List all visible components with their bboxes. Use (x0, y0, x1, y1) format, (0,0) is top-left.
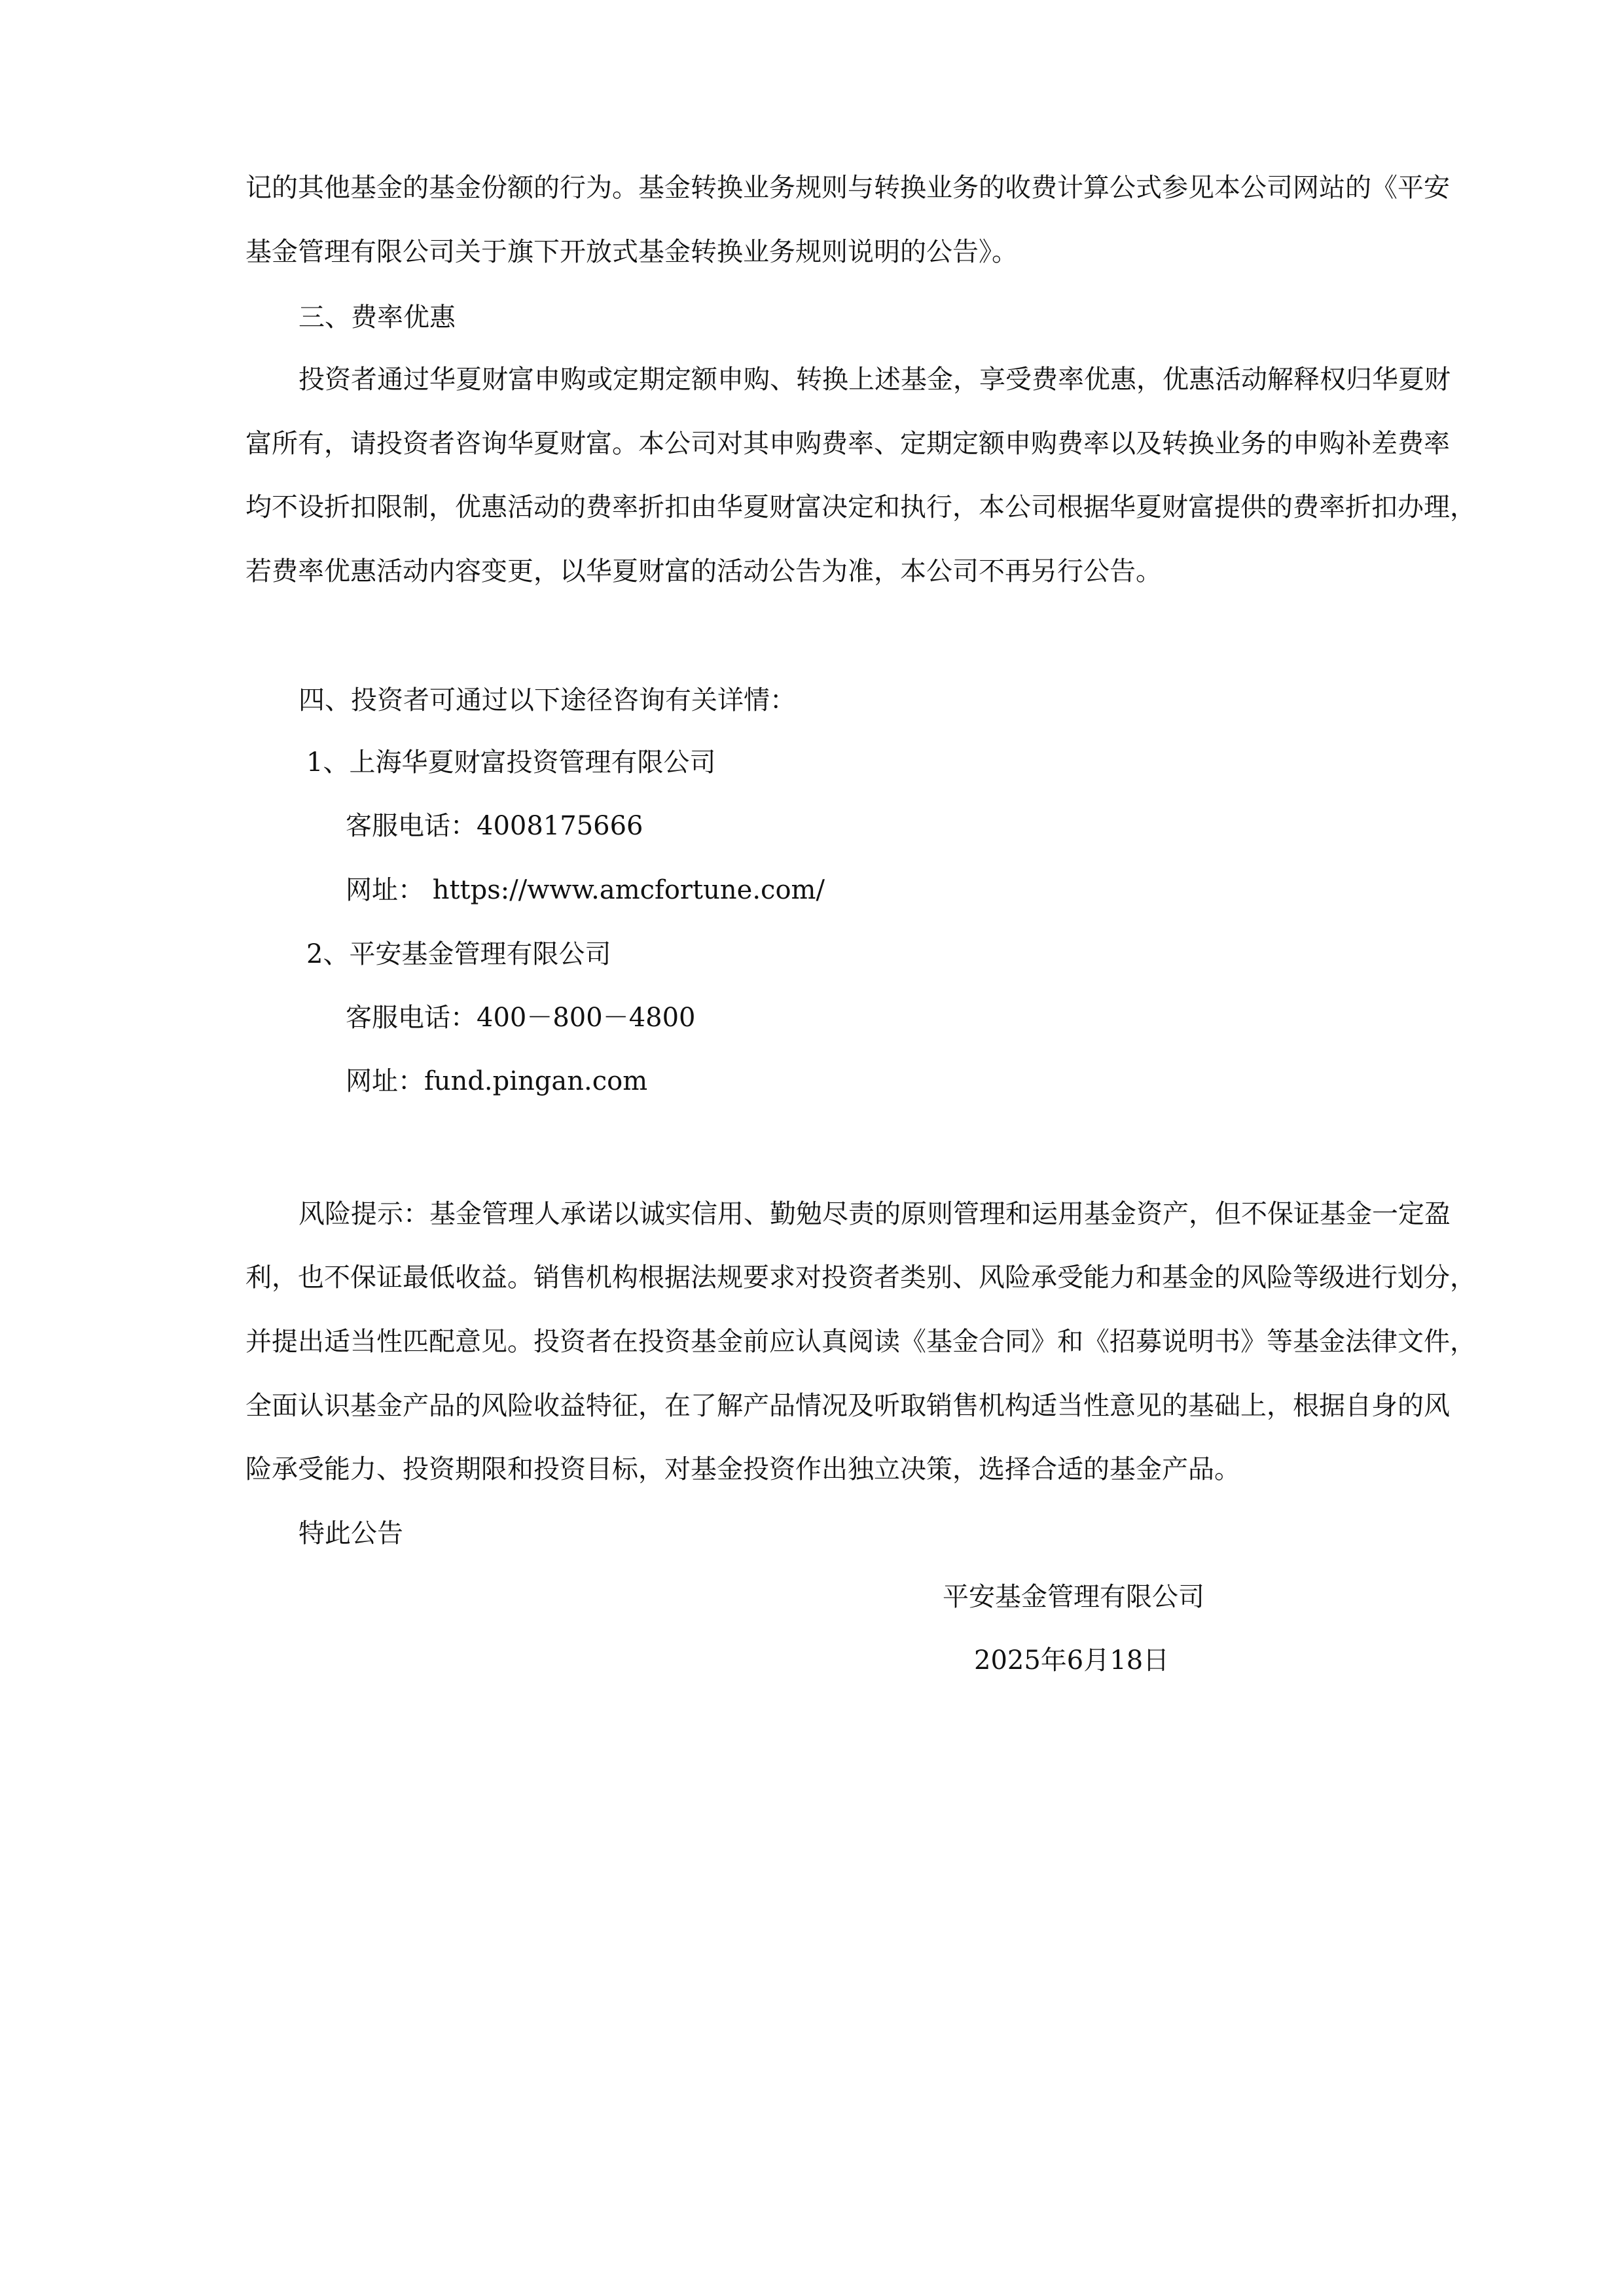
signature-date: 2025年6月18日 (974, 1644, 1169, 1677)
contact-1-phone: 客服电话：4008175666 (346, 810, 643, 842)
risk-line-3: 并提出适当性匹配意见。投资者在投资基金前应认真阅读《基金合同》和《招募说明书》等… (245, 1325, 1375, 1358)
section3-line-2: 富所有，请投资者咨询华夏财富。本公司对其申购费率、定期定额申购费率以及转换业务的… (245, 427, 1375, 460)
section3-line-3: 均不设折扣限制，优惠活动的费率折扣由华夏财富决定和执行，本公司根据华夏财富提供的… (245, 491, 1375, 524)
intro-line-1: 记的其他基金的基金份额的行为。基金转换业务规则与转换业务的收费计算公式参见本公司… (245, 171, 1375, 204)
contact-2-phone: 客服电话：400－800－4800 (346, 1001, 696, 1034)
intro-line-2: 基金管理有限公司关于旗下开放式基金转换业务规则说明的公告》。 (245, 236, 1018, 268)
contact-2-name: 2、平安基金管理有限公司 (306, 938, 611, 971)
risk-line-2: 利，也不保证最低收益。销售机构根据法规要求对投资者类别、风险承受能力和基金的风险… (245, 1261, 1375, 1294)
section3-line-1: 投资者通过华夏财富申购或定期定额申购、转换上述基金，享受费率优惠，优惠活动解释权… (298, 363, 1375, 396)
contact-1-name: 1、上海华夏财富投资管理有限公司 (306, 746, 715, 779)
contact-1-website[interactable]: 网址： https://www.amcfortune.com/ (346, 874, 825, 906)
risk-line-4: 全面认识基金产品的风险收益特征，在了解产品情况及听取销售机构适当性意见的基础上，… (245, 1390, 1375, 1422)
closing-text: 特此公告 (298, 1517, 403, 1550)
section3-heading: 三、费率优惠 (298, 301, 456, 334)
section3-line-4: 若费率优惠活动内容变更，以华夏财富的活动公告为准，本公司不再另行公告。 (245, 555, 1162, 588)
contact-2-website[interactable]: 网址：fund.pingan.com (346, 1065, 647, 1098)
risk-line-1: 风险提示：基金管理人承诺以诚实信用、勤勉尽责的原则管理和运用基金资产，但不保证基… (298, 1198, 1375, 1230)
section4-heading: 四、投资者可通过以下途径咨询有关详情： (298, 684, 796, 717)
signature-company: 平安基金管理有限公司 (943, 1581, 1204, 1613)
risk-line-5: 险承受能力、投资期限和投资目标，对基金投资作出独立决策，选择合适的基金产品。 (245, 1453, 1240, 1486)
